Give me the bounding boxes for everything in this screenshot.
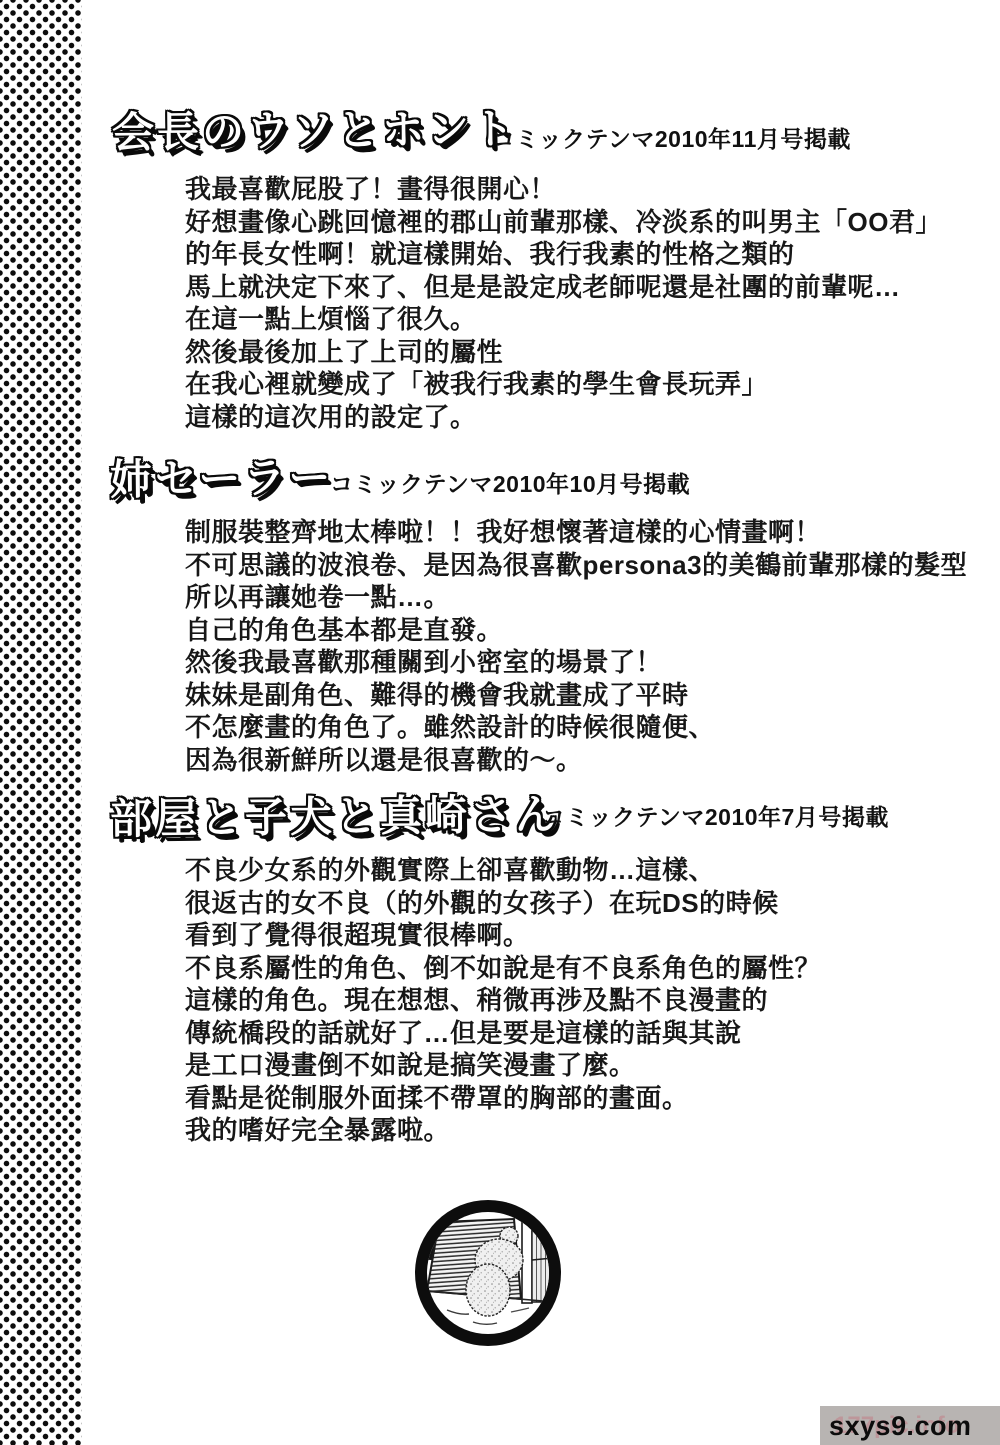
watermark-text: sxys9.com (828, 1411, 972, 1442)
section-title-ane-sailor: 姉セーラー (110, 445, 334, 507)
text-line: 馬上就決定下來了、但是是設定成老師呢還是社團的前輩呢… (185, 271, 942, 304)
watermark-box: 177pic.info sxys9.com (820, 1406, 1000, 1445)
text-line: 看點是從制服外面揉不帶罩的胸部的畫面。 (185, 1082, 821, 1115)
halftone-dot-border (0, 0, 82, 1445)
section-subtitle-magazine-issue: コミックテンマ2010年10月号掲載 (330, 466, 690, 499)
text-line: 制服裝整齊地太棒啦！！我好想懷著這樣的心情畫啊！ (185, 516, 967, 549)
puppy-head (466, 1264, 510, 1316)
text-line: 在這一點上煩惱了很久。 (185, 303, 942, 336)
text-line: 傳統橋段的話就好了…但是要是這樣的話與其說 (185, 1017, 821, 1050)
text-line: 在我心裡就變成了「被我行我素的學生會長玩弄」 (185, 368, 942, 401)
text-line: 我的嗜好完全暴露啦。 (185, 1114, 821, 1147)
text-line: 所以再讓她卷一點…。 (185, 581, 967, 614)
text-line: 看到了覺得很超現實很棒啊。 (185, 919, 821, 952)
text-line: 不良系屬性的角色、倒不如說是有不良系角色的屬性？ (185, 952, 821, 985)
text-line: 然後最後加上了上司的屬性 (185, 336, 942, 369)
text-line: 不可思議的波浪卷、是因為很喜歡persona3的美鶴前輩那樣的髮型 (185, 549, 967, 582)
text-line: 很返古的女不良（的外觀的女孩子）在玩DS的時候 (185, 887, 821, 920)
text-line: 是工口漫畫倒不如說是搞笑漫畫了麼。 (185, 1049, 821, 1082)
section-body-text: 不良少女系的外觀實際上卻喜歡動物…這樣、 很返古的女不良（的外觀的女孩子）在玩D… (185, 854, 821, 1147)
text-line: 然後我最喜歡那種關到小密室的場景了！ (185, 646, 967, 679)
section-subtitle-magazine-issue: コミックテンマ2010年11月号掲載 (492, 121, 851, 154)
section-title-heya-to-koinu-to-masaki-san: 部屋と子犬と真崎さん (110, 782, 561, 847)
text-line: 的年長女性啊！就這樣開始、我行我素的性格之類的 (185, 238, 942, 271)
text-line: 不良少女系的外觀實際上卻喜歡動物…這樣、 (185, 854, 821, 887)
puppy-illustration (413, 1198, 563, 1348)
scanned-afterword-page: 会長のウソとホント コミックテンマ2010年11月号掲載 我最喜歡屁股了！畫得很… (0, 0, 1000, 1445)
text-line: 我最喜歡屁股了！畫得很開心！ (185, 173, 942, 206)
text-line: 好想畫像心跳回憶裡的郡山前輩那樣、冷淡系的叫男主「OO君」 (185, 206, 942, 239)
text-line: 自己的角色基本都是直發。 (185, 614, 967, 647)
section-title-kaichou-no-uso-to-honto: 会長のウソとホント (112, 96, 518, 160)
section-subtitle-magazine-issue: コミックテンマ2010年7月号掲載 (542, 799, 889, 832)
text-line: 妹妹是副角色、難得的機會我就畫成了平時 (185, 679, 967, 712)
text-line: 不怎麼畫的角色了。雖然設計的時候很隨便、 (185, 711, 967, 744)
text-line: 因為很新鮮所以還是很喜歡的～。 (185, 744, 967, 777)
section-body-text: 我最喜歡屁股了！畫得很開心！ 好想畫像心跳回憶裡的郡山前輩那樣、冷淡系的叫男主「… (185, 173, 942, 433)
text-line: 這樣的這次用的設定了。 (185, 401, 942, 434)
section-body-text: 制服裝整齊地太棒啦！！我好想懷著這樣的心情畫啊！ 不可思議的波浪卷、是因為很喜歡… (185, 516, 967, 776)
text-line: 這樣的角色。現在想想、稍微再涉及點不良漫畫的 (185, 984, 821, 1017)
